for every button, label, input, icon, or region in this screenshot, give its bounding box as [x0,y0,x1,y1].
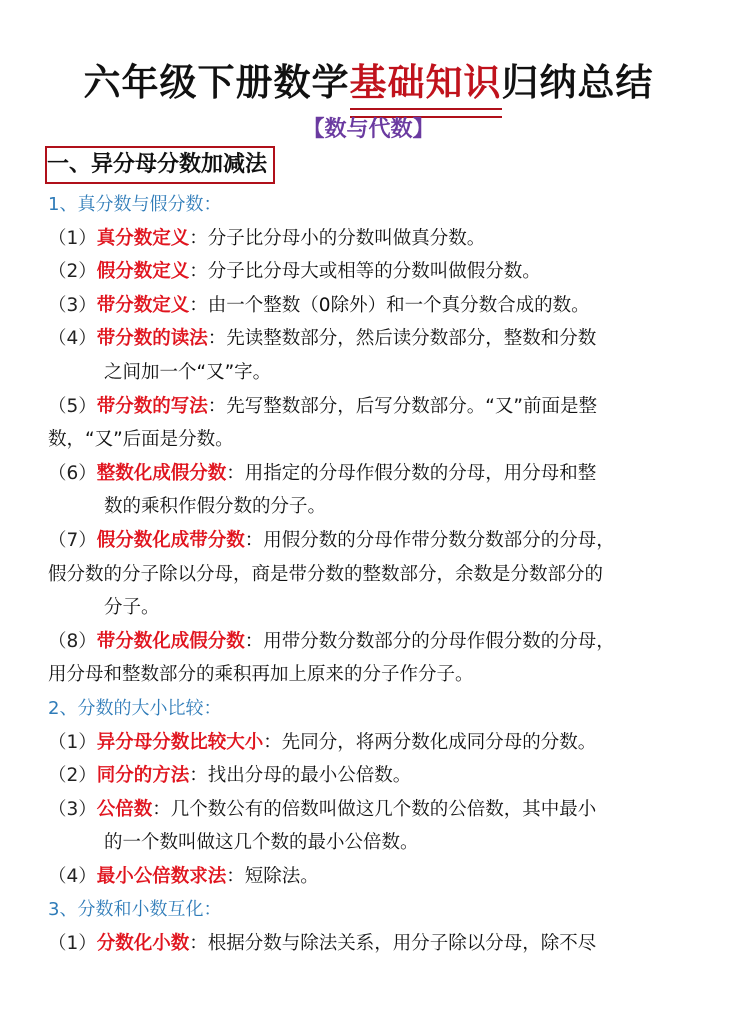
title-prefix: 六年级下册数学 [84,61,350,104]
list-item: （8）带分数化成假分数：用带分数分数部分的分母作假分数的分母， [48,625,698,659]
item-text: ：用指定的分母作假分数的分母，用分母和整 [226,463,596,484]
item-number: （7） [48,530,97,551]
item-number: （1） [48,228,97,249]
continuation-line: 数，“又”后面是分数。 [48,423,698,457]
list-item: （5）带分数的写法：先写整数部分，后写分数部分。“又”前面是整 [48,390,698,424]
item-number: （5） [48,396,97,417]
item-number: （6） [48,463,97,484]
title-highlight: 基础知识 [350,52,502,106]
item-text: ：用假分数的分母作带分数分数部分的分母， [245,530,615,551]
list-item: （3）公倍数：几个数公有的倍数叫做这几个数的公倍数，其中最小 [48,793,698,827]
continuation-line: 数的乘积作假分数的分子。 [48,490,698,524]
item-number: （1） [48,933,97,954]
item-number: （2） [48,765,97,786]
item-keyword: 真分数定义 [97,228,190,249]
list-item: （1）分数化小数：根据分数与除法关系，用分子除以分母，除不尽 [48,927,698,961]
item-keyword: 假分数化成带分数 [97,530,245,551]
list-item: （6）整数化成假分数：用指定的分母作假分数的分母，用分母和整 [48,457,698,491]
subheading: 3、分数和小数互化： [48,893,698,927]
subheading: 2、分数的大小比较： [48,692,698,726]
item-text: ：由一个整数（0除外）和一个真分数合成的数。 [189,295,589,316]
item-text: ：分子比分母大或相等的分数叫做假分数。 [189,261,541,282]
continuation-line: 的一个数叫做这几个数的最小公倍数。 [48,826,698,860]
item-keyword: 异分母分数比较大小 [97,732,264,753]
item-text: ：用带分数分数部分的分母作假分数的分母， [245,631,615,652]
item-number: （3） [48,799,97,820]
subtitle: 【数与代数】 [0,112,737,143]
list-item: （1）异分母分数比较大小：先同分，将两分数化成同分母的分数。 [48,726,698,760]
title-suffix: 归纳总结 [502,61,654,104]
list-item: （7）假分数化成带分数：用假分数的分母作带分数分数部分的分母， [48,524,698,558]
continuation-line: 假分数的分子除以分母，商是带分数的整数部分，余数是分数部分的 [48,558,698,592]
item-text: ：根据分数与除法关系，用分子除以分母，除不尽 [189,933,596,954]
subheading: 1、真分数与假分数： [48,188,698,222]
item-keyword: 公倍数 [97,799,153,820]
item-number: （4） [48,328,97,349]
item-number: （3） [48,295,97,316]
item-keyword: 带分数的读法 [97,328,208,349]
item-number: （8） [48,631,97,652]
item-keyword: 分数化小数 [97,933,190,954]
list-item: （2）假分数定义：分子比分母大或相等的分数叫做假分数。 [48,255,698,289]
list-item: （4）带分数的读法：先读整数部分，然后读分数部分，整数和分数 [48,322,698,356]
item-keyword: 最小公倍数求法 [97,866,227,887]
continuation-line: 之间加一个“又”字。 [48,356,698,390]
continuation-line: 分子。 [48,591,698,625]
item-keyword: 整数化成假分数 [97,463,227,484]
item-keyword: 带分数的写法 [97,396,208,417]
item-text: ：先同分，将两分数化成同分母的分数。 [263,732,596,753]
item-text: ：先写整数部分，后写分数部分。“又”前面是整 [208,396,597,417]
item-number: （1） [48,732,97,753]
content-lines: 1、真分数与假分数：（1）真分数定义：分子比分母小的分数叫做真分数。（2）假分数… [48,188,698,961]
item-text: ：分子比分母小的分数叫做真分数。 [189,228,485,249]
section-heading: 一、异分母分数加减法 [45,146,275,184]
item-keyword: 带分数定义 [97,295,190,316]
item-keyword: 同分的方法 [97,765,190,786]
item-text: ：几个数公有的倍数叫做这几个数的公倍数，其中最小 [152,799,596,820]
item-text: ：找出分母的最小公倍数。 [189,765,411,786]
page-title: 六年级下册数学基础知识归纳总结 [0,52,737,106]
item-number: （2） [48,261,97,282]
item-text: ：先读整数部分，然后读分数部分，整数和分数 [208,328,597,349]
list-item: （4）最小公倍数求法：短除法。 [48,860,698,894]
list-item: （2）同分的方法：找出分母的最小公倍数。 [48,759,698,793]
list-item: （1）真分数定义：分子比分母小的分数叫做真分数。 [48,222,698,256]
continuation-line: 用分母和整数部分的乘积再加上原来的分子作分子。 [48,658,698,692]
item-keyword: 带分数化成假分数 [97,631,245,652]
list-item: （3）带分数定义：由一个整数（0除外）和一个真分数合成的数。 [48,289,698,323]
item-text: ：短除法。 [226,866,319,887]
item-keyword: 假分数定义 [97,261,190,282]
item-number: （4） [48,866,97,887]
